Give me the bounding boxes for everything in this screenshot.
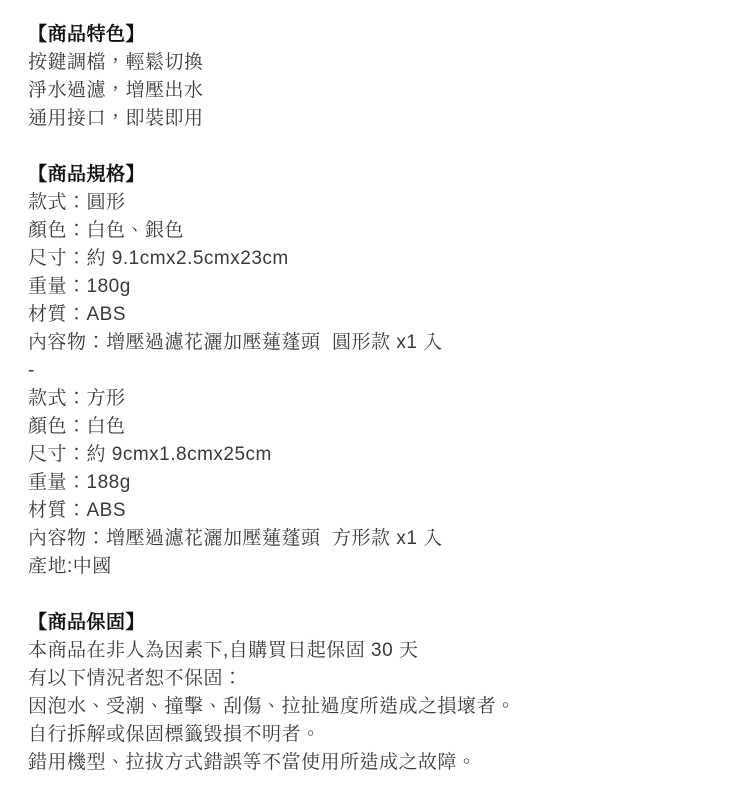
text-line: 顏色：白色 (28, 413, 720, 441)
text-line: - (28, 357, 720, 385)
text-line: 重量：188g (28, 469, 720, 497)
section-product-features: 【商品特色】 按鍵調檔，輕鬆切換淨水過濾，增壓出水通用接口，即裝即用 (28, 21, 720, 133)
text-line: 尺寸：約 9.1cmx2.5cmx23cm (28, 245, 720, 273)
text-line: 通用接口，即裝即用 (28, 105, 720, 133)
text-line: 款式：方形 (28, 385, 720, 413)
product-description: 【商品特色】 按鍵調檔，輕鬆切換淨水過濾，增壓出水通用接口，即裝即用 【商品規格… (0, 0, 750, 777)
section-heading-features: 【商品特色】 (28, 21, 720, 49)
text-line: 內容物：增壓過濾花灑加壓蓮蓬頭 圓形款 x1 入 (28, 329, 720, 357)
text-line: 按鍵調檔，輕鬆切換 (28, 49, 720, 77)
text-line: 內容物：增壓過濾花灑加壓蓮蓬頭 方形款 x1 入 (28, 525, 720, 553)
text-line: 產地:中國 (28, 553, 720, 581)
text-line: 材質：ABS (28, 497, 720, 525)
text-line: 款式：圓形 (28, 189, 720, 217)
section-heading-warranty: 【商品保固】 (28, 609, 720, 637)
text-line: 自行拆解或保固標籤毀損不明者。 (28, 721, 720, 749)
section-lines-warranty: 本商品在非人為因素下,自購買日起保固 30 天有以下情況者恕不保固：因泡水、受潮… (28, 637, 720, 777)
section-lines-specs: 款式：圓形顏色：白色、銀色尺寸：約 9.1cmx2.5cmx23cm重量：180… (28, 189, 720, 581)
section-heading-specs: 【商品規格】 (28, 161, 720, 189)
text-line: 淨水過濾，增壓出水 (28, 77, 720, 105)
text-line: 因泡水、受潮、撞擊、刮傷、拉扯過度所造成之損壞者。 (28, 693, 720, 721)
text-line: 顏色：白色、銀色 (28, 217, 720, 245)
section-lines-features: 按鍵調檔，輕鬆切換淨水過濾，增壓出水通用接口，即裝即用 (28, 49, 720, 133)
text-line: 材質：ABS (28, 301, 720, 329)
text-line: 重量：180g (28, 273, 720, 301)
text-line: 本商品在非人為因素下,自購買日起保固 30 天 (28, 637, 720, 665)
section-product-specs: 【商品規格】 款式：圓形顏色：白色、銀色尺寸：約 9.1cmx2.5cmx23c… (28, 161, 720, 581)
text-line: 錯用機型、拉拔方式錯誤等不當使用所造成之故障。 (28, 749, 720, 777)
text-line: 有以下情況者恕不保固： (28, 665, 720, 693)
text-line: 尺寸：約 9cmx1.8cmx25cm (28, 441, 720, 469)
section-product-warranty: 【商品保固】 本商品在非人為因素下,自購買日起保固 30 天有以下情況者恕不保固… (28, 609, 720, 777)
